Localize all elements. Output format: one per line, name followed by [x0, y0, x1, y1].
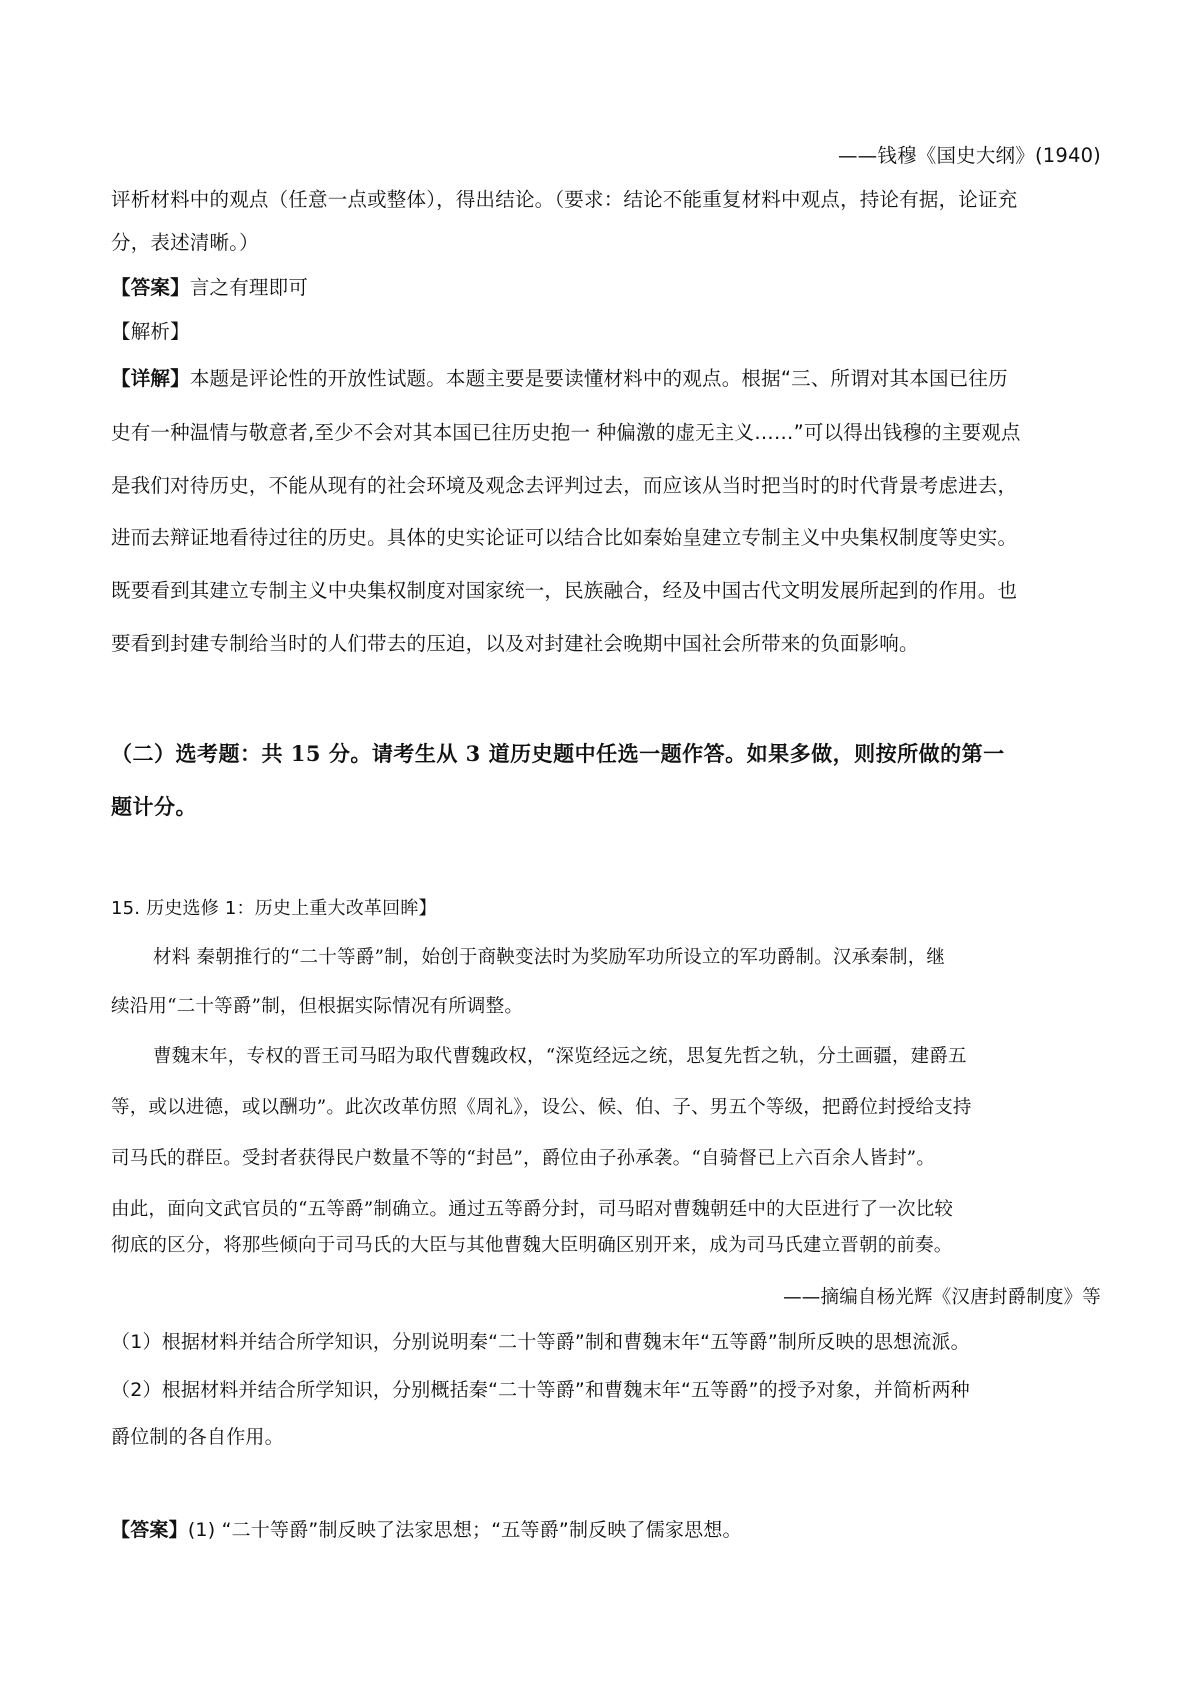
source-citation-qianmu: ——钱穆《国史大纲》(1940) [111, 143, 1101, 169]
section-heading-line-1: （二）选考题：共 15 分。请考生从 3 道历史题中任选一题作答。如果多做，则按… [111, 741, 1101, 767]
detail-tag: 【详解】 [111, 367, 190, 390]
question-prompt-line-2: 分，表述清晰。） [111, 230, 1101, 256]
material-line-3: 曹魏末年，专权的晋王司马昭为取代曹魏政权，“深览经远之统，思复先哲之轨，分土画疆… [111, 1044, 1101, 1070]
section-heading-line-2: 题计分。 [111, 794, 1101, 820]
detail-line-3: 是我们对待历史，不能从现有的社会环境及观念去评判过去，而应该从当时把当时的时代背… [111, 473, 1101, 499]
answer-tag: 【答案】 [111, 276, 190, 299]
detail-line-6: 要看到封建专制给当时的人们带去的压迫，以及对封建社会晚期中国社会所带来的负面影响… [111, 631, 1101, 657]
answer-line: 【答案】言之有理即可 [111, 275, 1101, 301]
detail-line-4: 进而去辩证地看待过往的历史。具体的史实论证可以结合比如秦始皇建立专制主义中央集权… [111, 525, 1101, 551]
detail-line-2: 史有一种温情与敬意者,至少不会对其本国已往历史抱一 种偏激的虚无主义……”可以得… [111, 420, 1101, 446]
material-line-4: 等，或以进德，或以酬功”。此次改革仿照《周礼》，设公、候、伯、子、男五个等级，把… [111, 1095, 1101, 1121]
material-line-2: 续沿用“二十等爵”制，但根据实际情况有所调整。 [111, 994, 1101, 1020]
sub-question-2-line-2: 爵位制的各自作用。 [111, 1424, 1101, 1450]
question-prompt-line-1: 评析材料中的观点（任意一点或整体），得出结论。（要求：结论不能重复材料中观点，持… [111, 187, 1101, 213]
material-line-6: 由此，面向文武官员的“五等爵”制确立。通过五等爵分封，司马昭对曹魏朝廷中的大臣进… [111, 1197, 1101, 1223]
sub-question-2-line-1: （2）根据材料并结合所学知识，分别概括秦“二十等爵”和曹魏末年“五等爵”的授予对… [111, 1377, 1101, 1403]
question-15-title: 15. 历史选修 1：历史上重大改革回眸】 [111, 896, 1101, 922]
analysis-tag: 【解析】 [111, 319, 1101, 345]
material-line-1: 材料 秦朝推行的“二十等爵”制，始创于商鞅变法时为奖励军功所设立的军功爵制。汉承… [111, 945, 1101, 971]
sub-question-1: （1）根据材料并结合所学知识，分别说明秦“二十等爵”制和曹魏末年“五等爵”制所反… [111, 1329, 1101, 1355]
detail-text: 本题是评论性的开放性试题。本题主要是要读懂材料中的观点。根据“三、所谓对其本国已… [190, 367, 1008, 390]
material-line-7: 彻底的区分，将那些倾向于司马氏的大臣与其他曹魏大臣明确区别开来，成为司马氏建立晋… [111, 1233, 1101, 1259]
material-line-5: 司马氏的群臣。受封者获得民户数量不等的“封邑”，爵位由子孙承袭。“自骑督已上六百… [111, 1146, 1101, 1172]
q15-answer-tag: 【答案】 [111, 1519, 188, 1541]
q15-answer-line: 【答案】(1) “二十等爵”制反映了法家思想；“五等爵”制反映了儒家思想。 [111, 1517, 1101, 1543]
q15-answer-text: (1) “二十等爵”制反映了法家思想；“五等爵”制反映了儒家思想。 [188, 1519, 742, 1541]
detail-line-5: 既要看到其建立专制主义中央集权制度对国家统一，民族融合，经及中国古代文明发展所起… [111, 578, 1101, 604]
answer-text: 言之有理即可 [190, 276, 308, 299]
source-citation-yang: ——摘编自杨光辉《汉唐封爵制度》等 [111, 1285, 1101, 1311]
detail-line-1: 【详解】本题是评论性的开放性试题。本题主要是要读懂材料中的观点。根据“三、所谓对… [111, 366, 1101, 392]
